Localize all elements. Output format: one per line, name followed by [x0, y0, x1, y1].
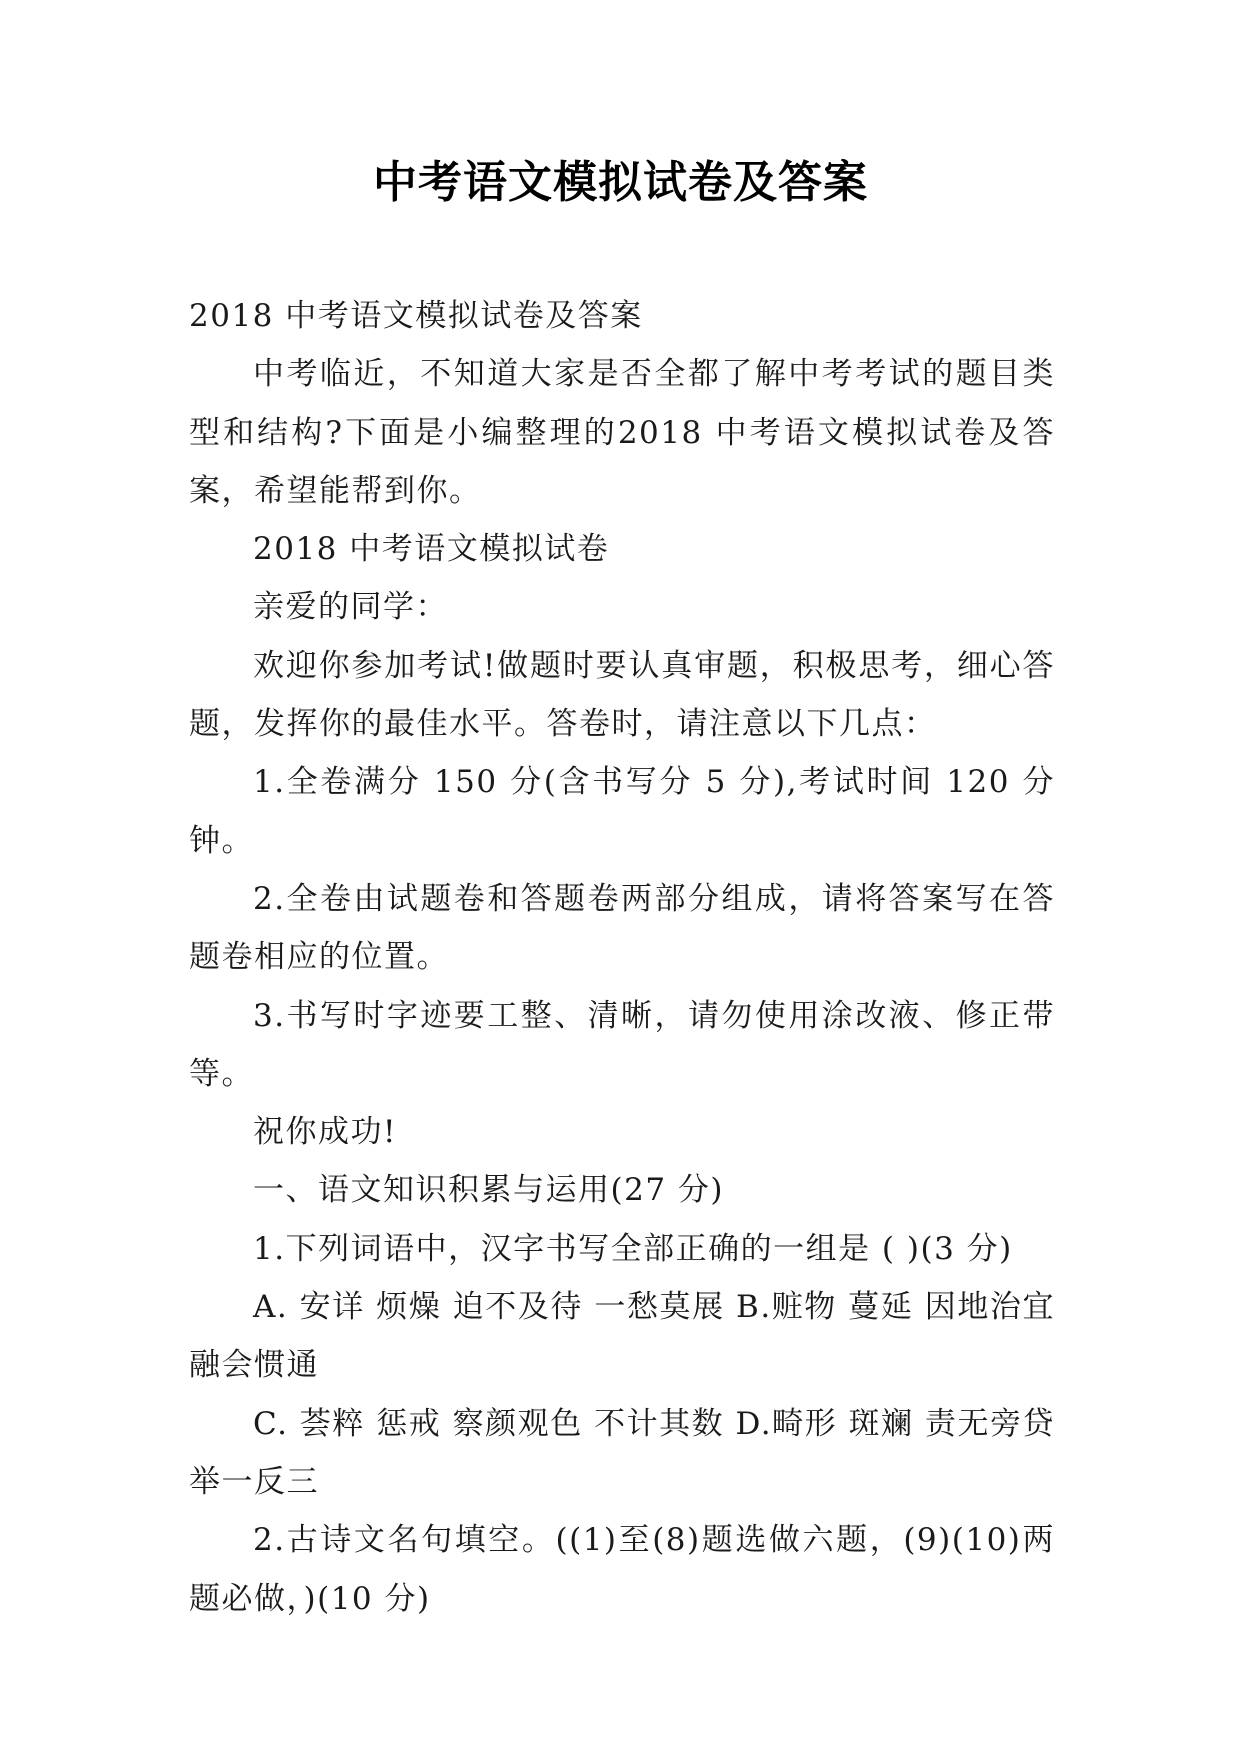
question-1-options-ab: A. 安详 烦燥 迫不及待 一愁莫展 B.赃物 蔓延 因地治宜 融会惯通: [189, 1278, 1055, 1395]
document-title: 中考语文模拟试卷及答案: [0, 146, 1241, 210]
document-body: 2018 中考语文模拟试卷及答案 中考临近，不知道大家是否全都了解中考考试的题目…: [189, 287, 1055, 1628]
question-1-options-cd: C. 荟粹 惩戒 察颜观色 不计其数 D.畸形 斑斓 责无旁贷 举一反三: [189, 1395, 1055, 1512]
paragraph-note-3: 3.书写时字迹要工整、清晰，请勿使用涂改液、修正带等。: [189, 987, 1055, 1104]
paragraph-exam-heading: 2018 中考语文模拟试卷: [189, 520, 1055, 578]
paragraph-intro: 中考临近，不知道大家是否全都了解中考考试的题目类型和结构?下面是小编整理的201…: [189, 345, 1055, 520]
question-1: 1.下列词语中，汉字书写全部正确的一组是 ( )(3 分): [189, 1220, 1055, 1278]
document-page: 中考语文模拟试卷及答案 2018 中考语文模拟试卷及答案 中考临近，不知道大家是…: [0, 0, 1241, 1754]
paragraph-note-2: 2.全卷由试题卷和答题卷两部分组成，请将答案写在答题卷相应的位置。: [189, 870, 1055, 987]
section-heading-1: 一、语文知识积累与运用(27 分): [189, 1161, 1055, 1219]
paragraph-wish: 祝你成功!: [189, 1103, 1055, 1161]
paragraph-subtitle: 2018 中考语文模拟试卷及答案: [189, 287, 1055, 345]
question-2: 2.古诗文名句填空。((1)至(8)题选做六题，(9)(10)两题必做，)(10…: [189, 1511, 1055, 1628]
paragraph-greeting: 亲爱的同学：: [189, 578, 1055, 636]
paragraph-note-1: 1.全卷满分 150 分(含书写分 5 分),考试时间 120 分钟。: [189, 753, 1055, 870]
paragraph-welcome: 欢迎你参加考试!做题时要认真审题，积极思考，细心答题，发挥你的最佳水平。答卷时，…: [189, 637, 1055, 754]
